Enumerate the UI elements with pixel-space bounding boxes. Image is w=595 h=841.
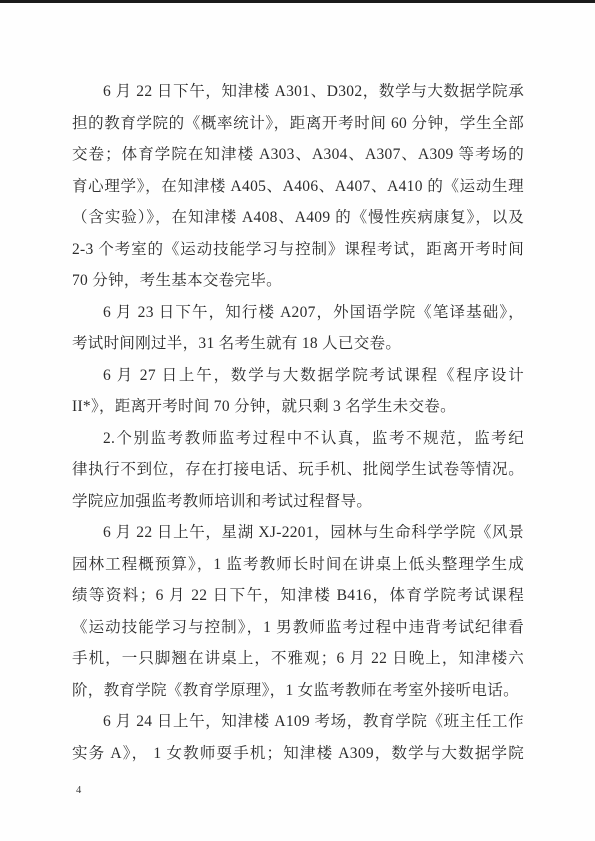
text-line: 律执行不到位，存在打接电话、玩手机、批阅学生试卷等情况。	[72, 454, 524, 486]
paragraph: 6 月 23 日下午，知行楼 A207，外国语学院《笔译基础》， 考试时间刚过半…	[72, 297, 524, 360]
text-line: 交卷；体育学院在知津楼 A303、A304、A307、A309 等考场的《体	[72, 139, 524, 171]
text-line: 绩等资料；6 月 22 日下午，知津楼 B416，体育学院考试课程	[72, 580, 524, 612]
document-page: 6 月 22 日下午，知津楼 A301、D302，数学与大数据学院承 担的教育学…	[0, 0, 595, 841]
text-line: 实务 A》， 1 女教师耍手机；知津楼 A309，数学与大数据学院	[72, 738, 524, 770]
text-line: 《运动技能学习与控制》，1 男教师监考过程中违背考试纪律看	[72, 612, 524, 644]
text-line: 担的教育学院的《概率统计》，距离开考时间 60 分钟，学生全部	[72, 108, 524, 140]
text-line: II*》，距离开考时间 70 分钟，就只剩 3 名学生未交卷。	[72, 391, 524, 423]
text-line: 70 分钟，考生基本交卷完毕。	[72, 265, 524, 297]
text-line: 手机，一只脚翘在讲桌上，不雅观；6 月 22 日晚上，知津楼六	[72, 643, 524, 675]
paragraph: 6 月 24 日上午，知津楼 A109 考场，教育学院《班主任工作 实务 A》，…	[72, 706, 524, 769]
paragraph: 6 月 22 日下午，知津楼 A301、D302，数学与大数据学院承 担的教育学…	[72, 76, 524, 297]
text-line: 6 月 22 日下午，知津楼 A301、D302，数学与大数据学院承	[72, 76, 524, 108]
text-line: 6 月 23 日下午，知行楼 A207，外国语学院《笔译基础》，	[72, 297, 524, 329]
text-line: 学院应加强监考教师培训和考试过程督导。	[72, 486, 524, 518]
text-line: 6 月 27 日上午，数学与大数据学院考试课程《程序设计	[72, 360, 524, 392]
text-line: 育心理学》，在知津楼 A405、A406、A407、A410 的《运动生理学	[72, 171, 524, 203]
text-line: 阶，教育学院《教育学原理》，1 女监考教师在考室外接听电话。	[72, 675, 524, 707]
text-line: 2.个别监考教师监考过程中不认真，监考不规范，监考纪	[72, 423, 524, 455]
text-line: 园林工程概预算》，1 监考教师长时间在讲桌上低头整理学生成	[72, 549, 524, 581]
text-line: 6 月 24 日上午，知津楼 A109 考场，教育学院《班主任工作	[72, 706, 524, 738]
document-body: 6 月 22 日下午，知津楼 A301、D302，数学与大数据学院承 担的教育学…	[72, 76, 524, 769]
page-number: 4	[76, 785, 81, 796]
text-line: 考试时间刚过半，31 名考生就有 18 人已交卷。	[72, 328, 524, 360]
scan-top-edge-line	[0, 0, 595, 3]
text-line: 6 月 22 日上午，星湖 XJ-2201，园林与生命科学学院《风景	[72, 517, 524, 549]
text-line: 2-3 个考室的《运动技能学习与控制》课程考试，距离开考时间	[72, 234, 524, 266]
paragraph: 2.个别监考教师监考过程中不认真，监考不规范，监考纪 律执行不到位，存在打接电话…	[72, 423, 524, 518]
text-line: （含实验）》，在知津楼 A408、A409 的《慢性疾病康复》，以及	[72, 202, 524, 234]
paragraph: 6 月 27 日上午，数学与大数据学院考试课程《程序设计 II*》，距离开考时间…	[72, 360, 524, 423]
paragraph: 6 月 22 日上午，星湖 XJ-2201，园林与生命科学学院《风景 园林工程概…	[72, 517, 524, 706]
